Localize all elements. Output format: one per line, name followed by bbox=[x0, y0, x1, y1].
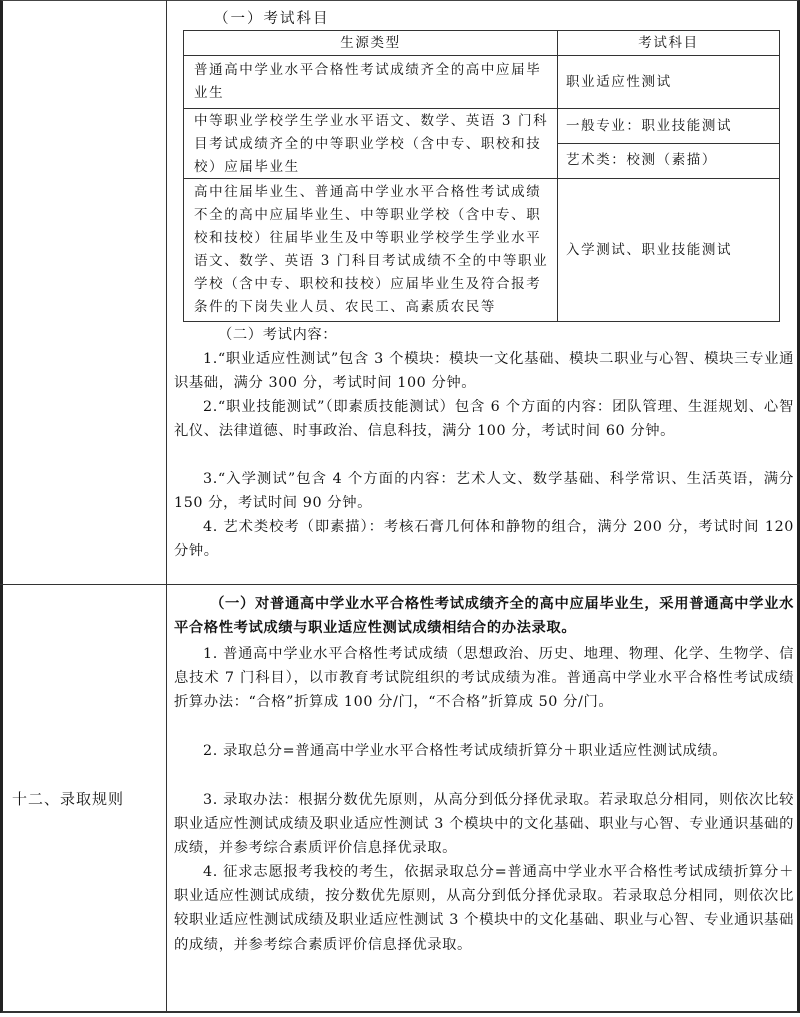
table-cell-subject: 艺术类：校测（素描） bbox=[566, 149, 776, 172]
exam-content-item: 1.“职业适应性测试”包含 3 个模块：模块一文化基础、模块二职业与心智、模块三… bbox=[174, 347, 794, 395]
admission-rule-item: 4. 征求志愿报考我校的考生，依据录取总分=普通高中学业水平合格性考试成绩折算分… bbox=[174, 860, 794, 957]
table-cell-source-type: 普通高中学业水平合格性考试成绩齐全的高中应届毕业生 bbox=[194, 59, 550, 105]
exam-content-item: 4. 艺术类校考（即素描）：考核石膏几何体和静物的组合，满分 200 分，考试时… bbox=[174, 515, 794, 563]
table-cell-subject: 入学测试、职业技能测试 bbox=[566, 239, 776, 262]
admission-rule-item: 2. 录取总分=普通高中学业水平合格性考试成绩折算分＋职业适应性测试成绩。 bbox=[174, 739, 794, 763]
table-subrow-divider bbox=[557, 143, 779, 144]
admission-rule-item: 1. 普通高中学业水平合格性考试成绩（思想政治、历史、地理、物理、化学、生物学、… bbox=[174, 642, 794, 715]
column-divider bbox=[166, 0, 167, 1013]
table-column-divider bbox=[557, 31, 558, 321]
admission-rule-item: 3. 录取办法：根据分数优先原则，从高分到低分择优录取。若录取总分相同，则依次比… bbox=[174, 788, 794, 861]
table-cell-source-type: 中等职业学校学生学业水平语文、数学、英语 3 门科目考试成绩齐全的中等职业学校（… bbox=[194, 110, 550, 179]
heading-exam-content: （二）考试内容： bbox=[174, 323, 794, 347]
table-row-divider bbox=[184, 108, 779, 109]
table-cell-subject: 一般专业：职业技能测试 bbox=[566, 115, 776, 138]
exam-content-item: 2.“职业技能测试”（即素质技能测试）包含 6 个方面的内容：团队管理、生涯规划… bbox=[174, 395, 794, 443]
row-divider bbox=[0, 584, 800, 585]
section-label-admission-rules: 十二、录取规则 bbox=[12, 788, 124, 809]
table-header-source-type: 生源类型 bbox=[184, 32, 557, 55]
exam-content-item: 3.“入学测试”包含 4 个方面的内容：艺术人文、数学基础、科学常识、生活英语，… bbox=[174, 467, 794, 515]
table-cell-subject: 职业适应性测试 bbox=[566, 71, 776, 94]
table-header-divider bbox=[184, 55, 779, 56]
table-cell-source-type: 高中往届毕业生、普通高中学业水平合格性考试成绩不全的高中应届毕业生、中等职业学校… bbox=[194, 181, 550, 319]
table-header-exam-subjects: 考试科目 bbox=[558, 32, 779, 55]
exam-subjects-table: 生源类型 考试科目 普通高中学业水平合格性考试成绩齐全的高中应届毕业生 职业适应… bbox=[183, 30, 780, 322]
admission-rules-heading: （一）对普通高中学业水平合格性考试成绩齐全的高中应届毕业生，采用普通高中学业水平… bbox=[174, 592, 794, 640]
heading-exam-subjects: （一）考试科目 bbox=[214, 7, 330, 28]
